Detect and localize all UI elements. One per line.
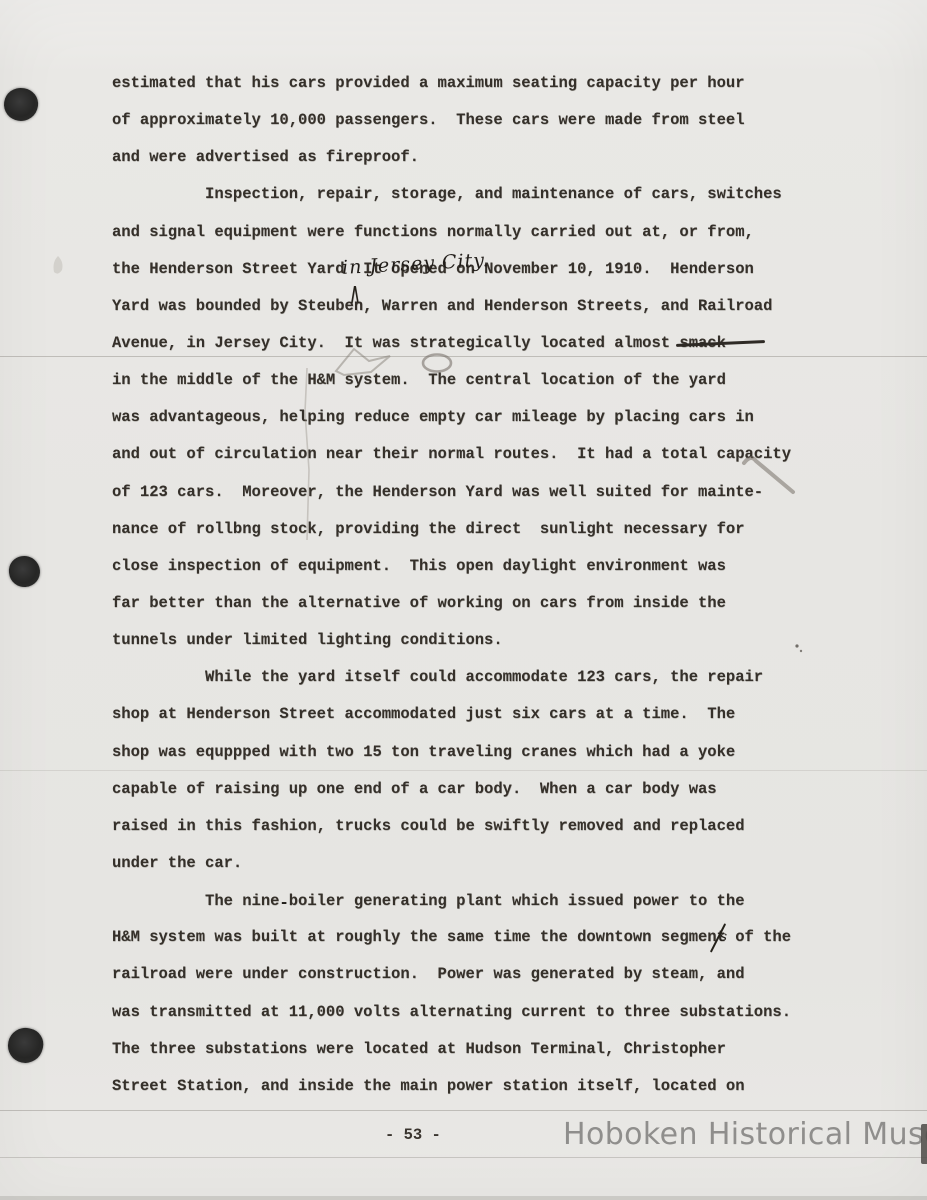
text-line: was transmitted at 11,000 volts alternat… (112, 994, 912, 1031)
text-line: close inspection of equipment. This open… (112, 548, 912, 585)
text-line: tunnels under limited lighting condition… (112, 622, 912, 659)
scanned-document-page: estimated that his cars provided a maxim… (0, 0, 927, 1200)
text-segment: Avenue, in Jersey City. It was strategic… (112, 334, 679, 352)
text-line: of 123 cars. Moreover, the Henderson Yar… (112, 474, 912, 511)
text-line: railroad were under construction. Power … (112, 956, 912, 993)
text-line: and signal equipment were functions norm… (112, 214, 912, 251)
text-segment: the Henderson Street Yard (112, 260, 345, 278)
handwritten-jersey-city-insert: in Jersey City. (341, 242, 490, 287)
text-line-with-correction: H&M system was built at roughly the same… (112, 919, 912, 956)
text-line: and were advertised as fireproof. (112, 139, 912, 176)
margin-smudge (54, 256, 63, 274)
text-line: under the car. (112, 845, 912, 882)
text-line: and out of circulation near their normal… (112, 436, 912, 473)
text-line: While the yard itself could accommodate … (112, 659, 912, 696)
text-line: Inspection, repair, storage, and mainten… (112, 176, 912, 213)
text-line: far better than the alternative of worki… (112, 585, 912, 622)
text-line: in the middle of the H&M system. The cen… (112, 362, 912, 399)
watermark-hoboken-historical-museum: Hoboken Historical Museum (563, 1117, 927, 1152)
hole-punch-top (2, 86, 40, 123)
text-line-with-hyphen-mark: The nine-boiler generating plant which i… (112, 882, 912, 919)
text-line: raised in this fashion, trucks could be … (112, 808, 912, 845)
text-line: shop at Henderson Street accommodated ju… (112, 696, 912, 733)
caret-mark: ∧ (349, 265, 361, 323)
text-line: estimated that his cars provided a maxim… (112, 65, 912, 102)
text-segment: H&M system was built at roughly the same… (112, 928, 726, 946)
text-line-with-strikethrough: Avenue, in Jersey City. It was strategic… (112, 325, 912, 362)
text-line: Street Station, and inside the main powe… (112, 1068, 912, 1105)
text-line: nance of rollbng stock, providing the di… (112, 511, 912, 548)
typed-text-block: estimated that his cars provided a maxim… (112, 65, 912, 1105)
hole-punch-middle (7, 554, 41, 588)
handwritten-superscript-s: s (720, 919, 727, 956)
page-number: - 53 - (385, 1126, 441, 1144)
hole-punch-bottom (5, 1025, 47, 1067)
text-line-with-insertion: the Henderson Street Yardin Jersey City.… (112, 251, 912, 288)
text-line: capable of raising up one end of a car b… (112, 771, 912, 808)
scan-band-line (0, 1196, 927, 1200)
scan-edge-artifact (921, 1124, 927, 1164)
text-line: of approximately 10,000 passengers. Thes… (112, 102, 912, 139)
handwritten-hyphen-mark: - (279, 884, 288, 921)
scan-band-line (0, 1157, 927, 1158)
text-segment: of the (726, 928, 791, 946)
text-line: shop was equppped with two 15 ton travel… (112, 734, 912, 771)
text-line: was advantageous, helping reduce empty c… (112, 399, 912, 436)
text-segment: boiler generating plant which issued pow… (289, 892, 745, 910)
struck-word-smack: smack (679, 334, 726, 352)
text-line: The three substations were located at Hu… (112, 1031, 912, 1068)
text-line: Yard was bounded by Steuben, Warren and … (112, 288, 912, 325)
scan-band-line (0, 1110, 927, 1111)
text-segment: The nine (112, 892, 279, 910)
